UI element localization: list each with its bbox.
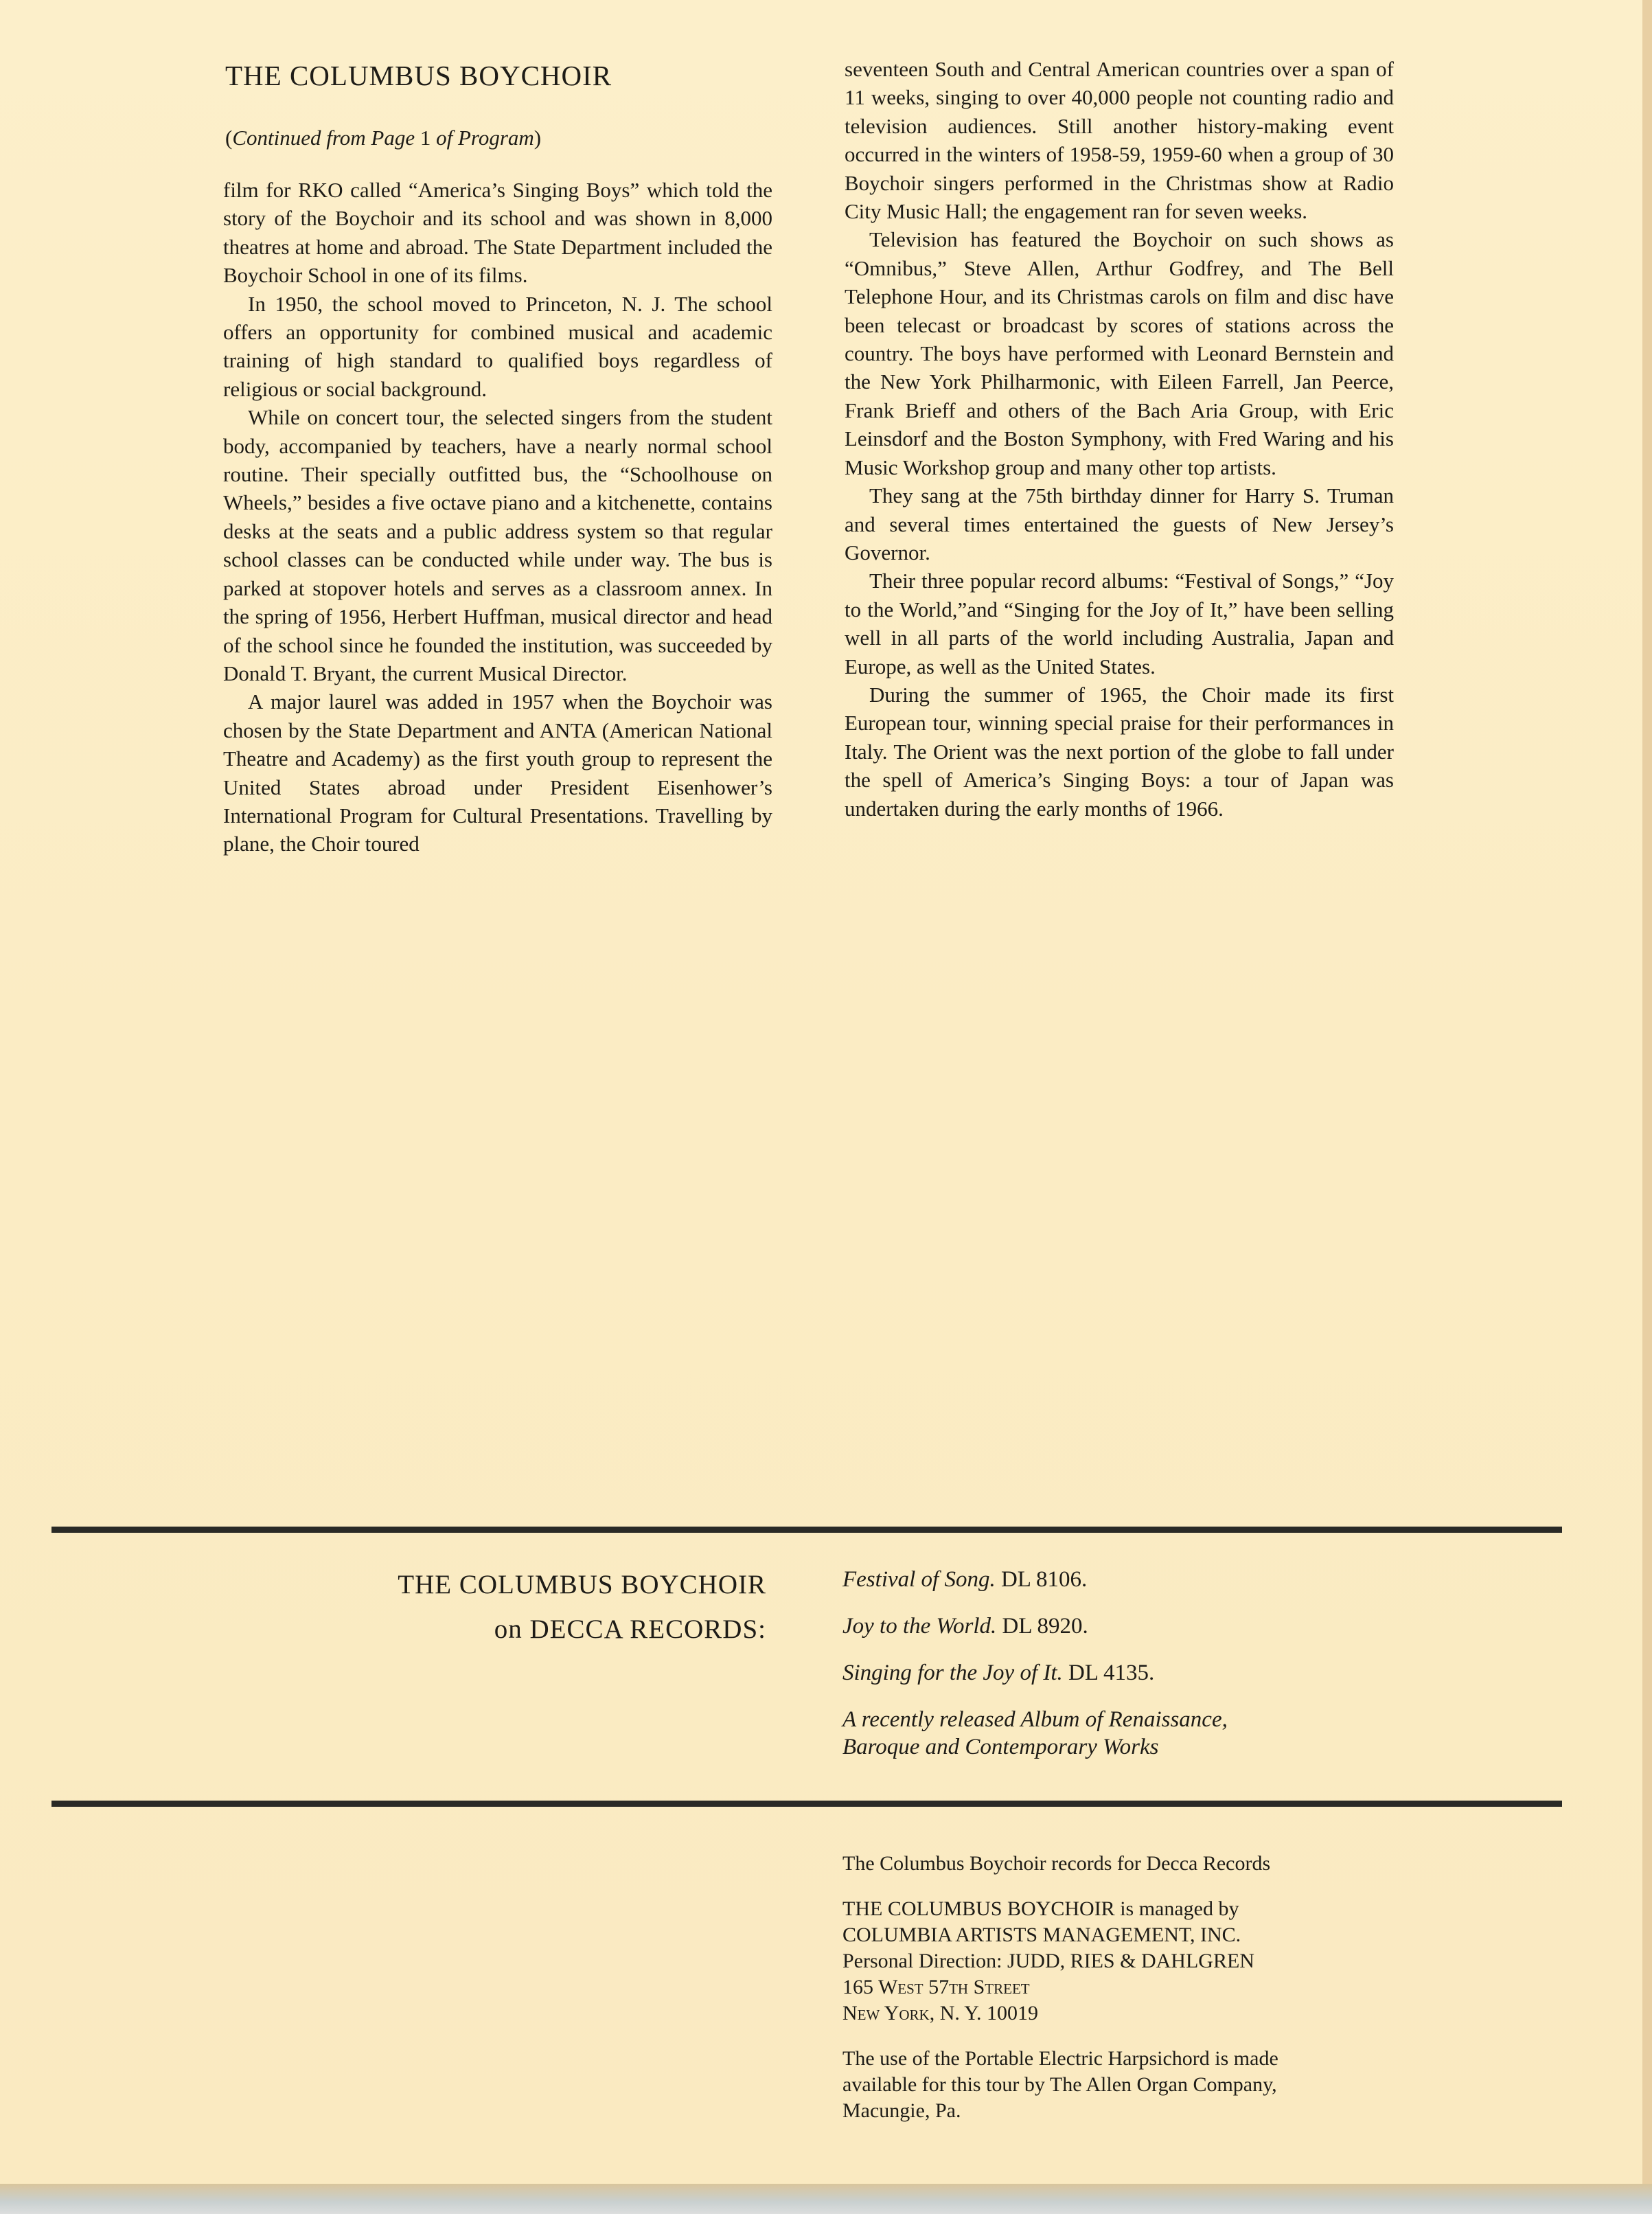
harpsichord-note-line-2: available for this tour by The Allen Org… <box>842 2072 1278 2098</box>
management-info: The Columbus Boychoir records for Decca … <box>842 1851 1278 2124</box>
paragraph: Television has featured the Boychoir on … <box>845 225 1394 481</box>
record-catalog-number: DL 4135. <box>1063 1660 1155 1685</box>
paragraph: While on concert tour, the selected sing… <box>223 403 772 687</box>
paragraph: During the summer of 1965, the Choir mad… <box>845 681 1394 823</box>
paragraph: Their three popular record albums: “Fest… <box>845 567 1394 681</box>
page-title: THE COLUMBUS BOYCHOIR <box>225 59 612 92</box>
left-column: film for RKO called “America’s Singing B… <box>223 137 772 858</box>
record-title: Singing for the Joy of It. <box>842 1660 1063 1685</box>
album-note-line-2: Baroque and Contemporary Works <box>842 1735 1158 1759</box>
record-catalog-number: DL 8106. <box>996 1567 1088 1592</box>
record-title: Joy to the World. <box>842 1614 996 1639</box>
harpsichord-note-line-1: The use of the Portable Electric Harpsic… <box>842 2046 1278 2072</box>
album-note-line-1: A recently released Album of Renaissance… <box>842 1707 1228 1732</box>
paragraph: In 1950, the school moved to Princeton, … <box>223 290 772 404</box>
divider-rule <box>51 1527 1562 1533</box>
personal-direction: Personal Direction: JUDD, RIES & DAHLGRE… <box>842 1948 1278 1974</box>
records-note: The Columbus Boychoir records for Decca … <box>842 1851 1278 1877</box>
harpsichord-note-line-3: Macungie, Pa. <box>842 2098 1278 2124</box>
address-city: New York, N. Y. 10019 <box>842 2000 1278 2027</box>
address-street: 165 West 57th Street <box>842 1974 1278 2000</box>
record-catalog-number: DL 8920. <box>996 1614 1088 1639</box>
decca-heading-line-2: on DECCA RECORDS: <box>398 1607 766 1652</box>
paragraph: A major laurel was added in 1957 when th… <box>223 687 772 858</box>
decca-heading-line-1: THE COLUMBUS BOYCHOIR <box>398 1562 766 1607</box>
record-item: Singing for the Joy of It. DL 4135. <box>842 1659 1228 1687</box>
right-column: seventeen South and Central American cou… <box>845 55 1394 823</box>
decca-heading: THE COLUMBUS BOYCHOIR on DECCA RECORDS: <box>398 1562 766 1652</box>
program-page: THE COLUMBUS BOYCHOIR (Continued from Pa… <box>0 0 1642 2184</box>
page-edge-right <box>1642 0 1652 2214</box>
page-edge-bottom <box>0 2184 1652 2214</box>
record-list: Festival of Song. DL 8106. Joy to the Wo… <box>842 1566 1228 1780</box>
paragraph: film for RKO called “America’s Singing B… <box>223 176 772 290</box>
managed-by: THE COLUMBUS BOYCHOIR is managed by <box>842 1896 1278 1922</box>
album-note: A recently released Album of Renaissance… <box>842 1706 1228 1761</box>
record-item: Joy to the World. DL 8920. <box>842 1612 1228 1640</box>
record-title: Festival of Song. <box>842 1567 996 1592</box>
divider-rule <box>51 1801 1562 1807</box>
record-item: Festival of Song. DL 8106. <box>842 1566 1228 1593</box>
paragraph: seventeen South and Central American cou… <box>845 55 1394 225</box>
paragraph: They sang at the 75th birthday dinner fo… <box>845 481 1394 567</box>
agency-name: COLUMBIA ARTISTS MANAGEMENT, INC. <box>842 1922 1278 1948</box>
